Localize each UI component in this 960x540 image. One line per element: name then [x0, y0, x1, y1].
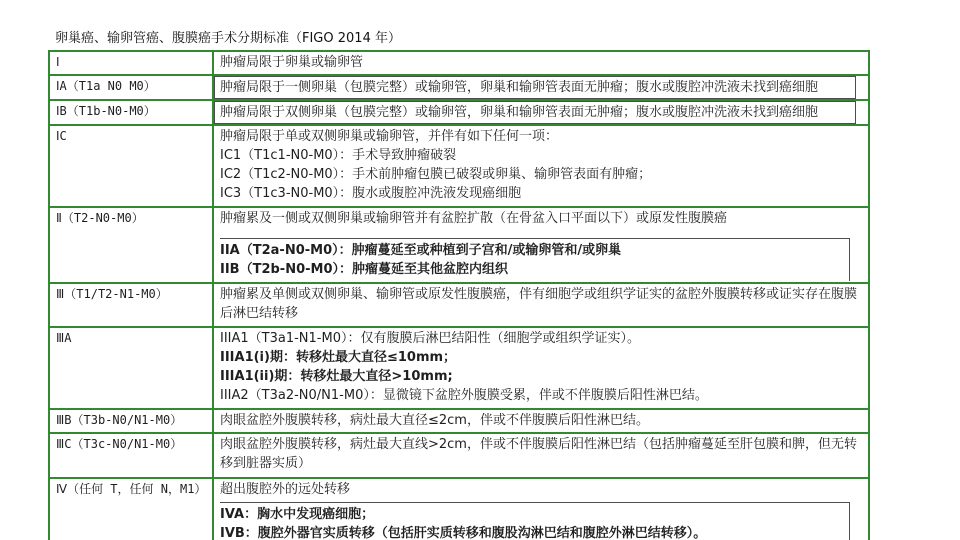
stage-cell: ⅢC（T3c-N0/N1-M0）: [49, 433, 213, 478]
description-cell: 肿瘤累及一侧或双侧卵巢或输卵管并有盆腔扩散（在骨盆入口平面以下）或原发性腹膜癌 …: [213, 207, 869, 283]
description-line: IIIA2（T3a2-N0/N1-M0）：显微镜下盆腔外腹膜受累，伴或不伴腹膜后…: [220, 386, 862, 405]
description-line: 肿瘤局限于单或双侧卵巢或输卵管，并伴有如下任何一项：: [220, 127, 862, 146]
stage-cell: ⅢA: [49, 327, 213, 409]
description-line: 肿瘤局限于一侧卵巢（包膜完整）或输卵管，卵巢和输卵管表面无肿瘤；腹水或腹腔冲洗液…: [220, 80, 818, 95]
description-line: 超出腹腔外的远处转移: [220, 480, 862, 499]
description-line: IC3（T1c3-N0-M0）：腹水或腹腔冲洗液发现癌细胞: [220, 184, 862, 203]
table-row-stage-1: Ⅰ 肿瘤局限于卵巢或输卵管: [49, 51, 869, 75]
description-cell: 肿瘤局限于单或双侧卵巢或输卵管，并伴有如下任何一项： IC1（T1c1-N0-M…: [213, 125, 869, 207]
table-row-stage-1b: ⅠB（T1b-N0-M0） 肿瘤局限于双侧卵巢（包膜完整）或输卵管，卵巢和输卵管…: [49, 100, 869, 125]
description-cell: 超出腹腔外的远处转移 IVA：胸水中发现癌细胞； IVB：腹腔外器官实质转移（包…: [213, 478, 869, 540]
description-line: IIB（T2b-N0-M0）：肿瘤蔓延至其他盆腔内组织: [220, 260, 849, 279]
description-cell: 肿瘤局限于双侧卵巢（包膜完整）或输卵管，卵巢和输卵管表面无肿瘤；腹水或腹腔冲洗液…: [213, 100, 869, 125]
description-cell: 肿瘤局限于卵巢或输卵管: [213, 51, 869, 75]
description-line: IVA：胸水中发现癌细胞；: [220, 505, 849, 524]
stage-cell: ⅠB（T1b-N0-M0）: [49, 100, 213, 125]
description-cell: 肉眼盆腔外腹膜转移，病灶最大直线>2cm，伴或不伴腹膜后阳性淋巴结（包括肿瘤蔓延…: [213, 433, 869, 478]
description-line: IIA（T2a-N0-M0）：肿瘤蔓延至或种植到子宫和/或输卵管和/或卵巢: [220, 241, 849, 260]
stage-cell: Ⅲ（T1/T2-N1-M0）: [49, 283, 213, 327]
description-cell: 肉眼盆腔外腹膜转移，病灶最大直径≤2cm，伴或不伴腹膜后阳性淋巴结。: [213, 409, 869, 433]
table-row-stage-2: Ⅱ（T2-N0-M0） 肿瘤累及一侧或双侧卵巢或输卵管并有盆腔扩散（在骨盆入口平…: [49, 207, 869, 283]
description-line: IIIA1（T3a1-N1-M0）：仅有腹膜后淋巴结阳性（细胞学或组织学证实）。: [220, 329, 862, 348]
description-line: 肿瘤累及一侧或双侧卵巢或输卵管并有盆腔扩散（在骨盆入口平面以下）或原发性腹膜癌: [220, 209, 862, 228]
stage-cell: ⅠC: [49, 125, 213, 207]
table-row-stage-3: Ⅲ（T1/T2-N1-M0） 肿瘤累及单侧或双侧卵巢、输卵管或原发性腹膜癌，伴有…: [49, 283, 869, 327]
description-line: IVB：腹腔外器官实质转移（包括肝实质转移和腹股沟淋巴结和腹腔外淋巴结转移）。: [220, 524, 849, 540]
figo-staging-table: Ⅰ 肿瘤局限于卵巢或输卵管 ⅠA（T1a N0 M0） 肿瘤局限于一侧卵巢（包膜…: [48, 50, 870, 540]
description-line: IIIA1(ii)期：转移灶最大直径>10mm;: [220, 367, 862, 386]
description-line: IC1（T1c1-N0-M0）：手术导致肿瘤破裂: [220, 146, 862, 165]
description-line: 肉眼盆腔外腹膜转移，病灶最大直线>2cm，伴或不伴腹膜后阳性淋巴结（包括肿瘤蔓延…: [220, 435, 862, 473]
stage-cell: ⅢB（T3b-N0/N1-M0）: [49, 409, 213, 433]
table-row-stage-3a: ⅢA IIIA1（T3a1-N1-M0）：仅有腹膜后淋巴结阳性（细胞学或组织学证…: [49, 327, 869, 409]
stage-cell: Ⅰ: [49, 51, 213, 75]
sub-section: IVA：胸水中发现癌细胞； IVB：腹腔外器官实质转移（包括肝实质转移和腹股沟淋…: [220, 502, 850, 540]
table-row-stage-4: Ⅳ（任何 T，任何 N，M1） 超出腹腔外的远处转移 IVA：胸水中发现癌细胞；…: [49, 478, 869, 540]
inner-bordered-box: 肿瘤局限于一侧卵巢（包膜完整）或输卵管，卵巢和输卵管表面无肿瘤；腹水或腹腔冲洗液…: [214, 76, 856, 99]
stage-cell: Ⅳ（任何 T，任何 N，M1）: [49, 478, 213, 540]
table-row-stage-1c: ⅠC 肿瘤局限于单或双侧卵巢或输卵管，并伴有如下任何一项： IC1（T1c1-N…: [49, 125, 869, 207]
stage-cell: Ⅱ（T2-N0-M0）: [49, 207, 213, 283]
description-line: 肉眼盆腔外腹膜转移，病灶最大直径≤2cm，伴或不伴腹膜后阳性淋巴结。: [220, 411, 862, 430]
description-cell: 肿瘤局限于一侧卵巢（包膜完整）或输卵管，卵巢和输卵管表面无肿瘤；腹水或腹腔冲洗液…: [213, 75, 869, 100]
description-cell: 肿瘤累及单侧或双侧卵巢、输卵管或原发性腹膜癌，伴有细胞学或组织学证实的盆腔外腹膜…: [213, 283, 869, 327]
table-row-stage-1a: ⅠA（T1a N0 M0） 肿瘤局限于一侧卵巢（包膜完整）或输卵管，卵巢和输卵管…: [49, 75, 869, 100]
table-row-stage-3b: ⅢB（T3b-N0/N1-M0） 肉眼盆腔外腹膜转移，病灶最大直径≤2cm，伴或…: [49, 409, 869, 433]
description-line: 肿瘤局限于卵巢或输卵管: [220, 53, 862, 72]
stage-cell: ⅠA（T1a N0 M0）: [49, 75, 213, 100]
inner-bordered-box: 肿瘤局限于双侧卵巢（包膜完整）或输卵管，卵巢和输卵管表面无肿瘤；腹水或腹腔冲洗液…: [214, 101, 856, 124]
page-title: 卵巢癌、输卵管癌、腹膜癌手术分期标准（FIGO 2014 年）: [55, 27, 401, 46]
table-row-stage-3c: ⅢC（T3c-N0/N1-M0） 肉眼盆腔外腹膜转移，病灶最大直线>2cm，伴或…: [49, 433, 869, 478]
description-line: IIIA1(i)期：转移灶最大直径≤10mm；: [220, 348, 862, 367]
description-line: IC2（T1c2-N0-M0）：手术前肿瘤包膜已破裂或卵巢、输卵管表面有肿瘤；: [220, 165, 862, 184]
description-line: 肿瘤局限于双侧卵巢（包膜完整）或输卵管，卵巢和输卵管表面无肿瘤；腹水或腹腔冲洗液…: [220, 105, 818, 120]
description-cell: IIIA1（T3a1-N1-M0）：仅有腹膜后淋巴结阳性（细胞学或组织学证实）。…: [213, 327, 869, 409]
description-line: 肿瘤累及单侧或双侧卵巢、输卵管或原发性腹膜癌，伴有细胞学或组织学证实的盆腔外腹膜…: [220, 285, 862, 323]
sub-section: IIA（T2a-N0-M0）：肿瘤蔓延至或种植到子宫和/或输卵管和/或卵巢 II…: [220, 238, 850, 281]
